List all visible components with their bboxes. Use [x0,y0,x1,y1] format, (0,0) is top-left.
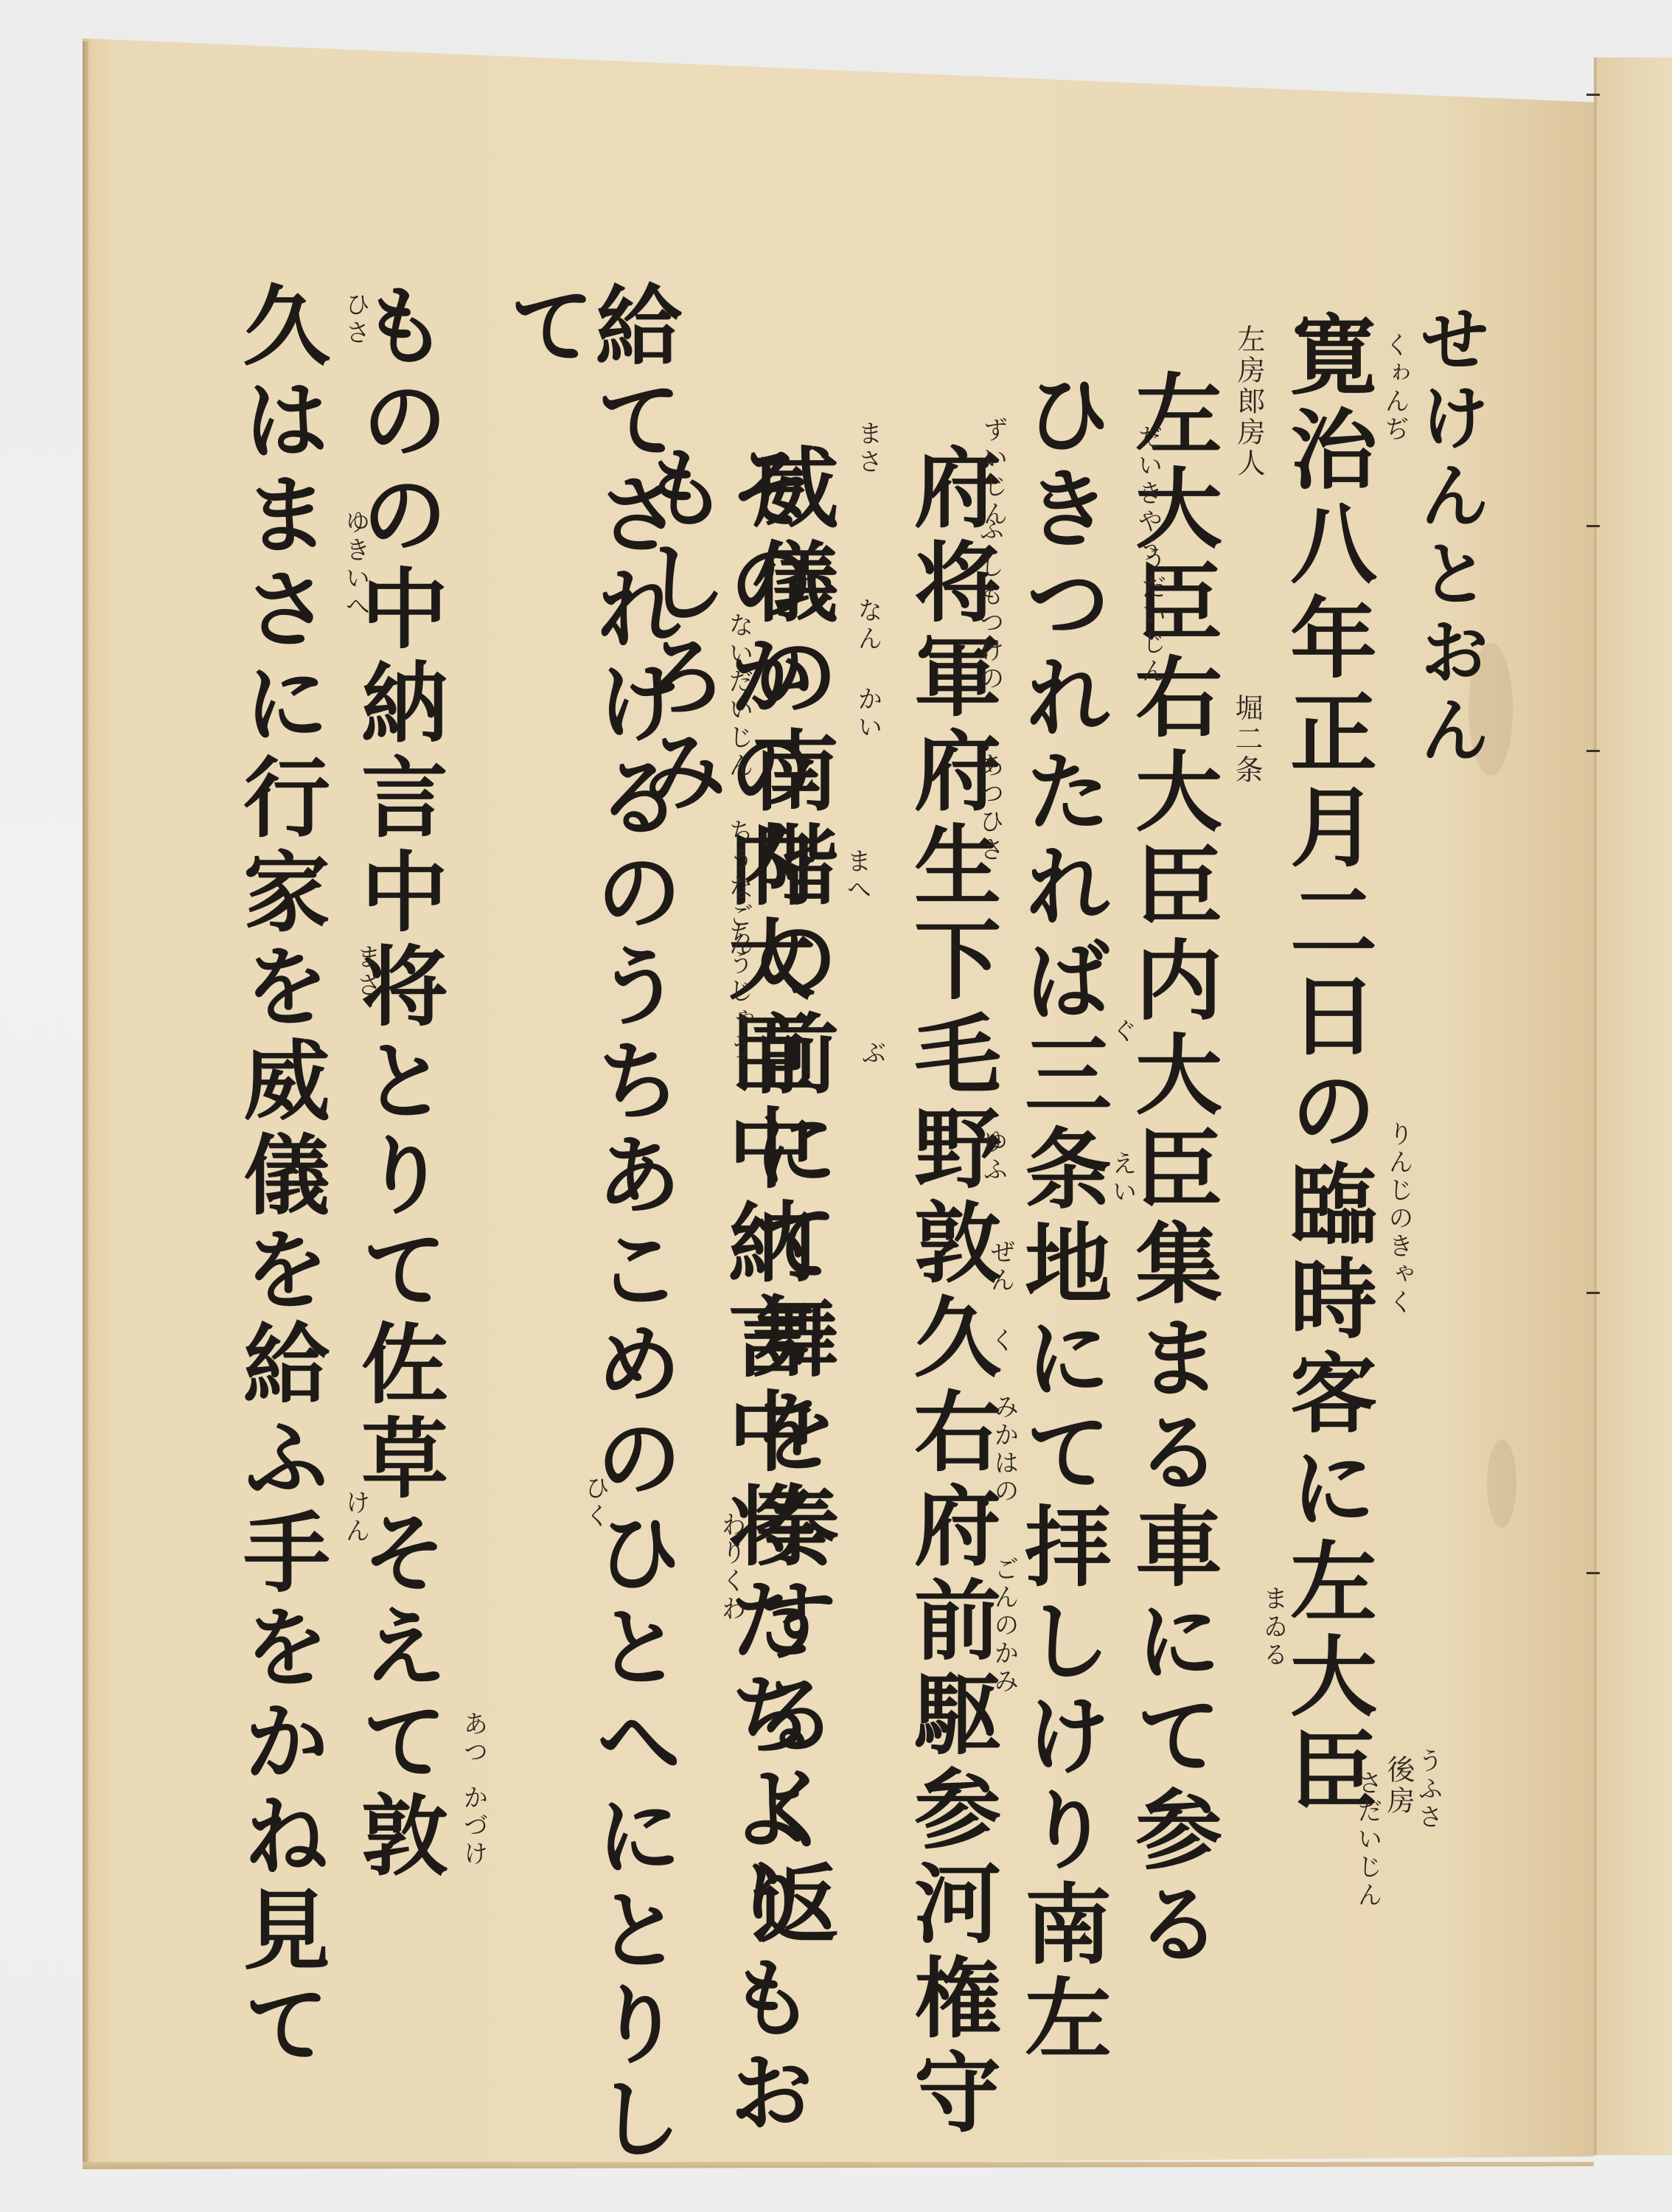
furigana: ゆきいへ [343,509,368,621]
text-column-3: ひきつれたれば三条地にて拝しけり南左 [1017,369,1104,2067]
furigana: ちうじゃう [726,922,751,1062]
binding-stitch [1586,94,1600,96]
page-bottom-edge [83,2162,1594,2169]
furigana: まへ [844,848,869,904]
text-column-1: 寛治八年正月二日の臨時客に左大臣 [1283,310,1370,1820]
furigana: くゎんぢ [1382,332,1407,444]
title-column: せけんとおん [1414,302,1485,771]
furigana: あつひさ [977,752,1002,864]
annotation-kanji: 左房郎房人 [1235,324,1263,479]
binding-stitch [1586,525,1600,527]
furigana: ひく [582,1475,607,1531]
furigana: なん [855,597,880,653]
adjacent-page [1597,58,1672,2155]
furigana: ひさ [343,291,368,347]
furigana: わりくわ [719,1512,744,1624]
furigana: うふさ [1415,1747,1441,1832]
furigana: しもつけの [977,553,1002,693]
furigana: かい [855,686,880,742]
furigana: さだいじん [1355,1770,1380,1910]
furigana: だいきやう [1135,424,1160,564]
annotation-kanji: 後房 [1384,1755,1413,1817]
annotation-kanji: 堀二条 [1233,693,1261,786]
furigana: まさ [855,420,880,476]
furigana: ぐ [1110,1018,1135,1046]
furigana: あつ [461,1711,486,1767]
furigana: ごんのかみ [992,1556,1017,1696]
furigana: まさ [354,944,379,1000]
furigana: うだいじん [1139,546,1164,686]
furigana: ぜん [988,1239,1013,1295]
furigana: まゐる [1261,1585,1286,1669]
furigana: えい [1110,1150,1135,1206]
furigana: ゆふ [980,1128,1006,1184]
furigana: ふ [977,516,1002,544]
furigana: りんじのきゃく [1386,1121,1411,1317]
binding-stitch [1586,1292,1600,1294]
furigana: かづけ [461,1784,486,1868]
text-column-4: 府将軍府生下毛野敦久右府前駆参河権守 [907,442,994,2141]
furigana: ぶ [859,1040,884,1068]
text-column-7: 給てされけるのうちあこめのひとへにとりして [501,280,675,2212]
furigana: ないだいじん [726,612,751,780]
furigana: ずいじん [980,417,1006,529]
furigana: けん [343,1489,368,1545]
binding-stitch [1586,1572,1600,1574]
paper-stain [1487,1439,1516,1528]
furigana: みかはの [992,1394,1017,1506]
furigana: く [988,1327,1013,1355]
binding-stitch [1586,750,1600,752]
text-column-9: 久はまさに行家を威儀を給ふ手をかね見て [236,280,323,2073]
page-left-edge [83,41,88,2166]
